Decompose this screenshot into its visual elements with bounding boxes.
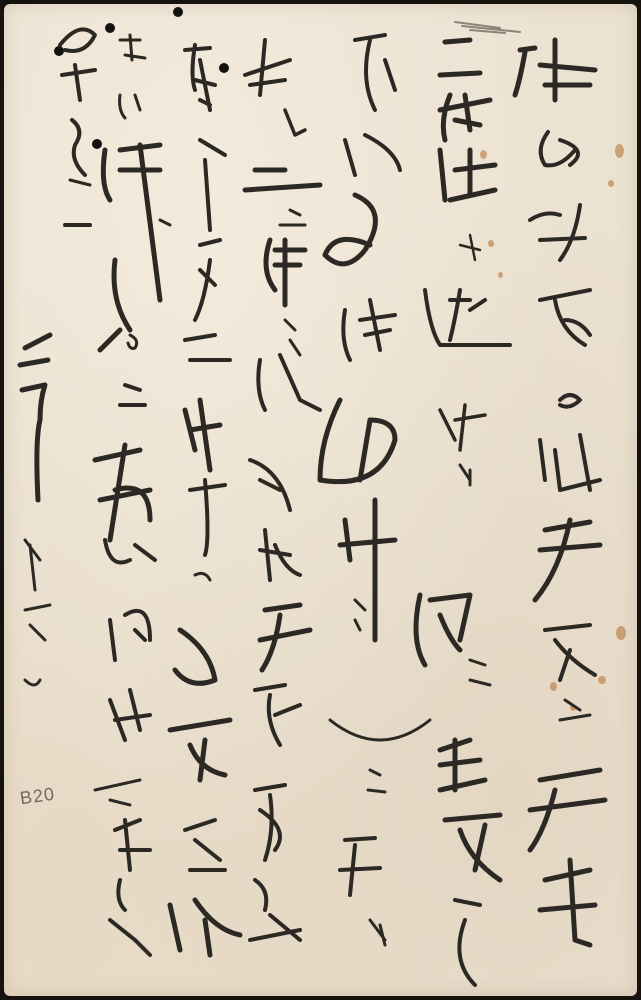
- column-4: [245, 40, 320, 940]
- column-2: [416, 40, 510, 985]
- column-3: [320, 35, 430, 945]
- column-5: [170, 45, 240, 955]
- column-7: [60, 29, 95, 225]
- column-date: [20, 335, 50, 685]
- column-1: [515, 40, 605, 945]
- calligraphy-ink: [0, 0, 641, 1000]
- column-6: [95, 35, 170, 955]
